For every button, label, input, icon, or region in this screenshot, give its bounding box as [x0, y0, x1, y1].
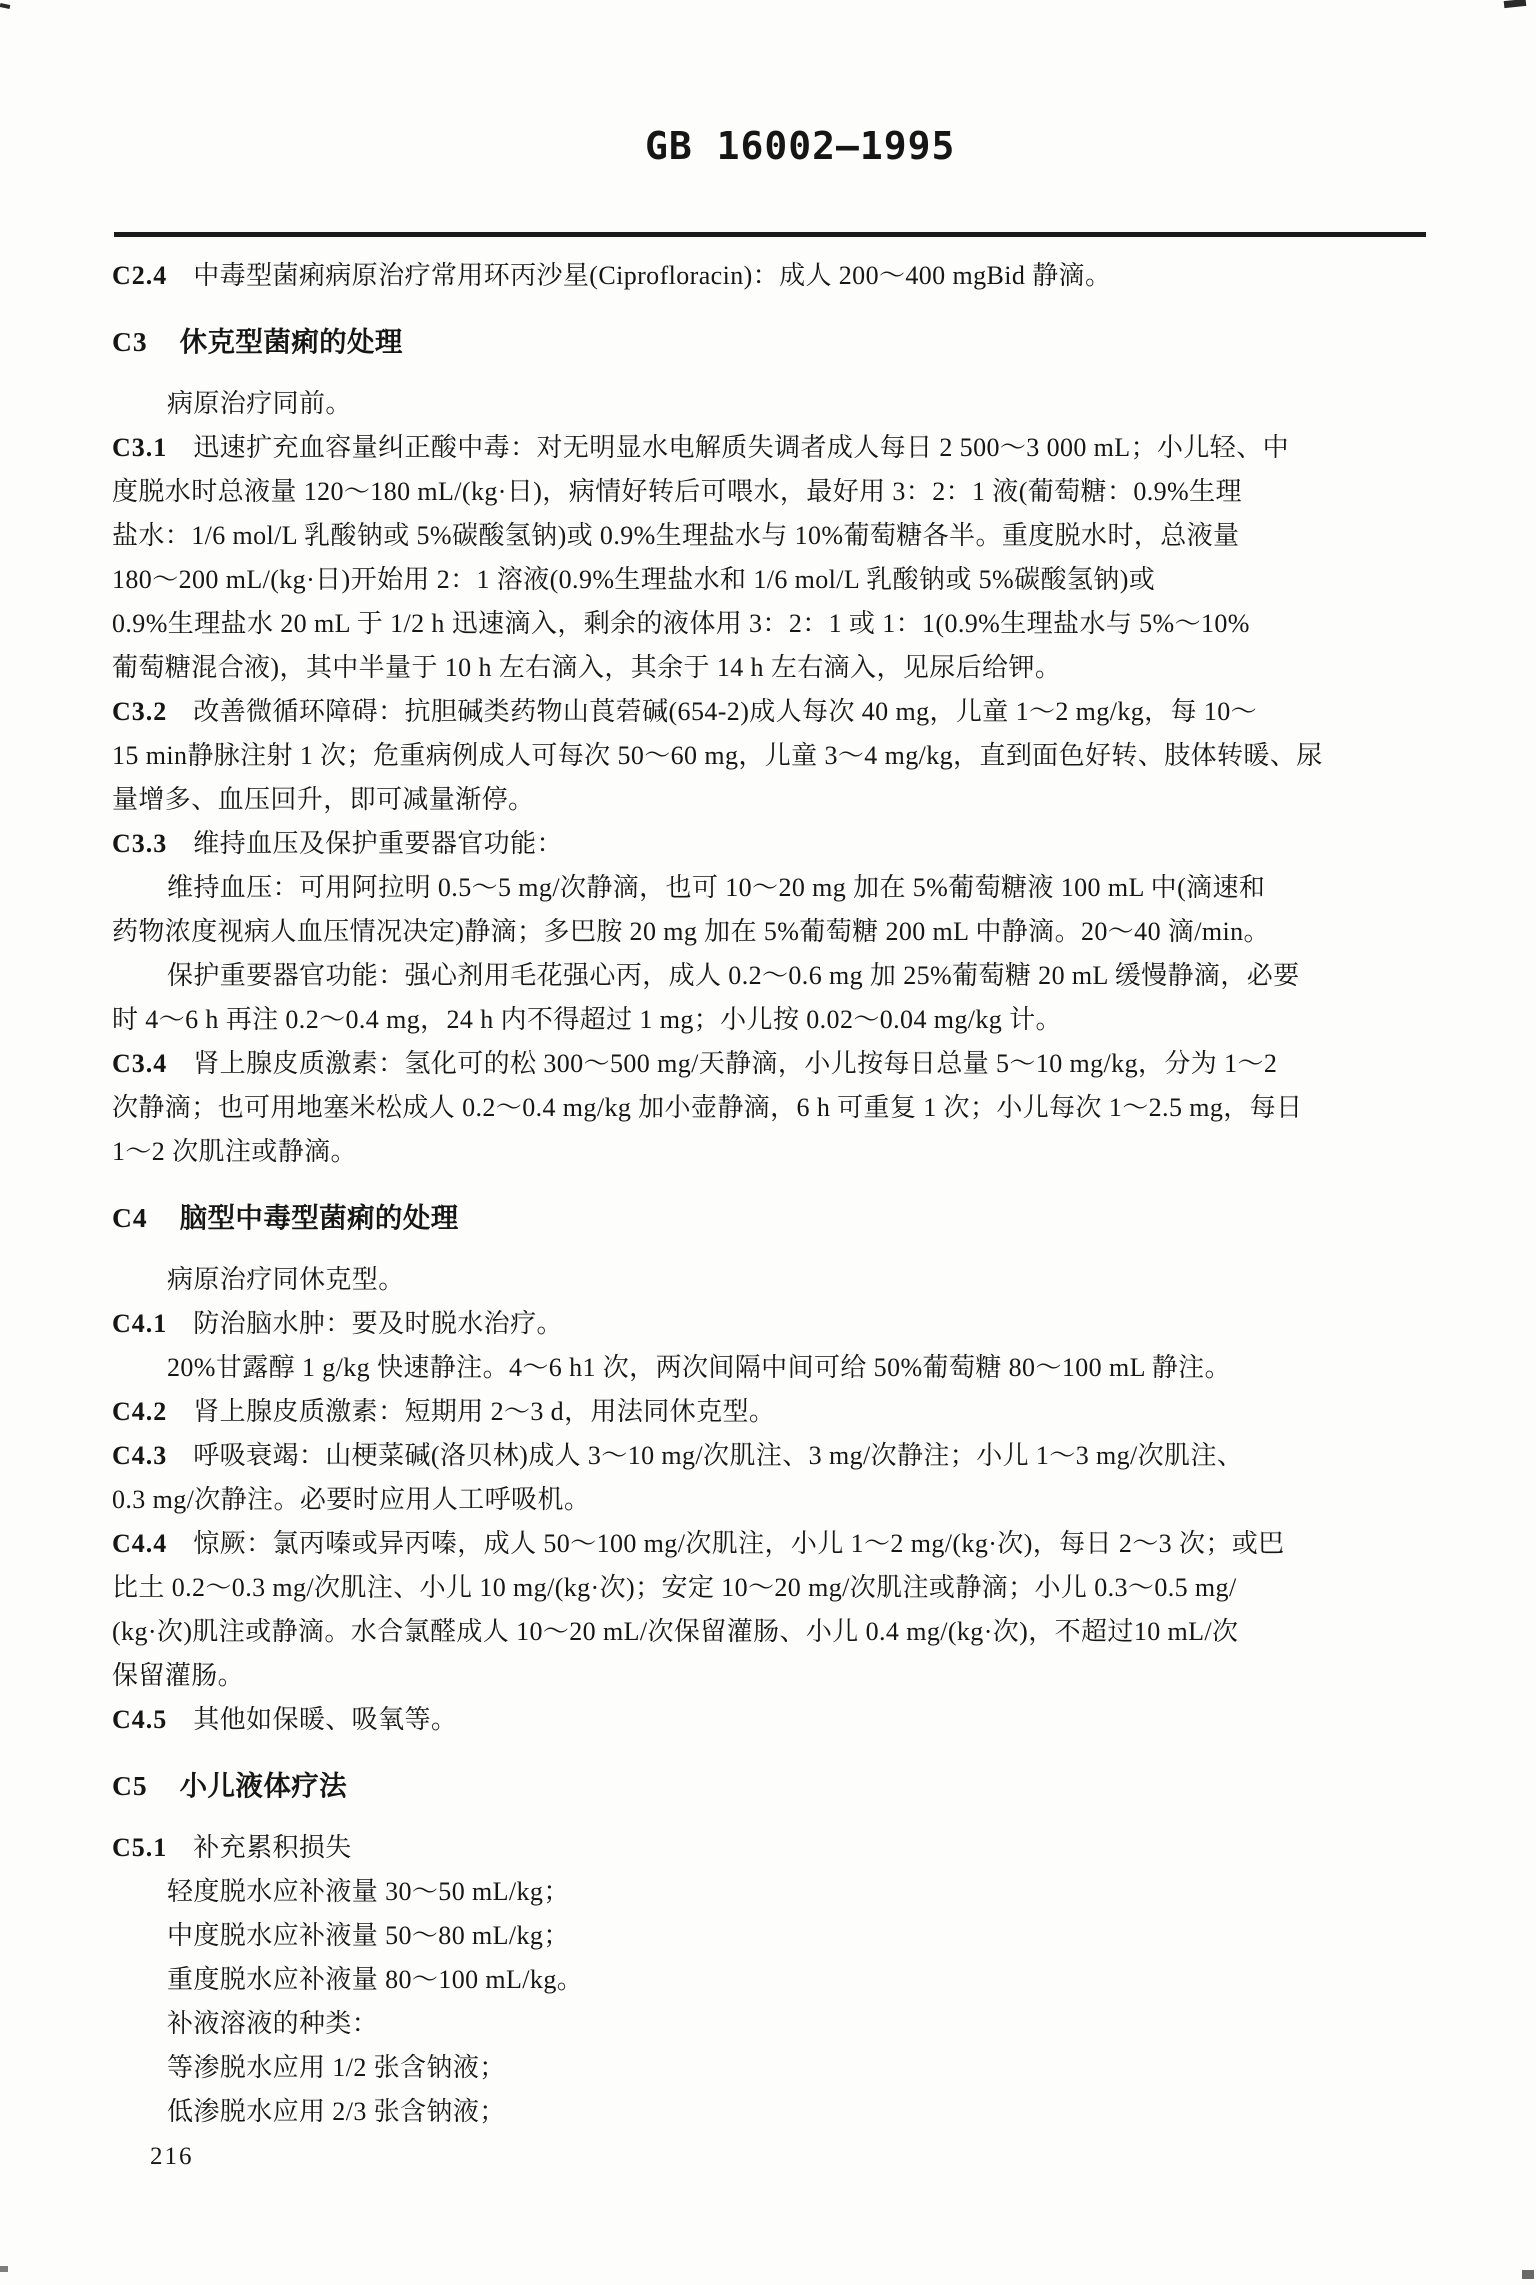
clause-number: C3.3: [112, 822, 167, 866]
line-text: 度脱水时总液量 120～180 mL/(kg·日)，病情好转后可喂水，最好用 3…: [112, 477, 1242, 506]
text-line: C4.5其他如保暖、吸氧等。: [112, 1698, 1442, 1742]
line-text: 轻度脱水应补液量 30～50 mL/kg；: [167, 1877, 570, 1906]
text-line: (kg·次)肌注或静滴。水合氯醛成人 10～20 mL/次保留灌肠、小儿 0.4…: [112, 1610, 1442, 1654]
line-text: 0.9%生理盐水 20 mL 于 1/2 h 迅速滴入，剩余的液体用 3：2：1…: [112, 609, 1250, 638]
line-text: 中毒型菌痢病原治疗常用环丙沙星(Ciprofloracin)：成人 200～40…: [193, 261, 1111, 290]
scan-artifact: [1522, 2270, 1534, 2279]
text-line: 病原治疗同前。: [112, 382, 1442, 426]
line-text: 保护重要器官功能：强心剂用毛花强心丙，成人 0.2～0.6 mg 加 25%葡萄…: [167, 961, 1300, 990]
text-line: 葡萄糖混合液)，其中半量于 10 h 左右滴入，其余于 14 h 左右滴入，见尿…: [112, 646, 1442, 690]
document-body: C2.4中毒型菌痢病原治疗常用环丙沙星(Ciprofloracin)：成人 20…: [112, 254, 1442, 2134]
line-text: 15 min静脉注射 1 次；危重病例成人可每次 50～60 mg，儿童 3～4…: [112, 741, 1323, 770]
scan-artifact: [0, 3, 10, 9]
line-text: 盐水：1/6 mol/L 乳酸钠或 5%碳酸氢钠)或 0.9%生理盐水与 10%…: [112, 521, 1239, 550]
text-line: 药物浓度视病人血压情况决定)静滴；多巴胺 20 mg 加在 5%葡萄糖 200 …: [112, 910, 1442, 954]
line-text: 时 4～6 h 再注 0.2～0.4 mg，24 h 内不得超过 1 mg；小儿…: [112, 1005, 1062, 1034]
clause-number: C4: [112, 1196, 148, 1240]
line-text: 0.3 mg/次静注。必要时应用人工呼吸机。: [112, 1485, 590, 1514]
text-line: 重度脱水应补液量 80～100 mL/kg。: [112, 1958, 1442, 2002]
line-text: 等渗脱水应用 1/2 张含钠液；: [167, 2053, 506, 2082]
line-text: 保留灌肠。: [112, 1661, 244, 1690]
line-text: 维持血压：可用阿拉明 0.5～5 mg/次静滴，也可 10～20 mg 加在 5…: [167, 873, 1265, 902]
text-line: 0.3 mg/次静注。必要时应用人工呼吸机。: [112, 1478, 1442, 1522]
standard-number: GB 16002—1995: [645, 124, 955, 168]
clause-number: C2.4: [112, 254, 167, 298]
line-text: 重度脱水应补液量 80～100 mL/kg。: [167, 1965, 583, 1994]
line-text: 惊厥：氯丙嗪或异丙嗪，成人 50～100 mg/次肌注，小儿 1～2 mg/(k…: [193, 1529, 1284, 1558]
scan-artifact: [0, 2266, 8, 2272]
line-text: 休克型菌痢的处理: [180, 326, 403, 357]
text-line: C3.3维持血压及保护重要器官功能：: [112, 822, 1442, 866]
text-line: 维持血压：可用阿拉明 0.5～5 mg/次静滴，也可 10～20 mg 加在 5…: [112, 866, 1442, 910]
text-line: C3.1迅速扩充血容量纠正酸中毒：对无明显水电解质失调者成人每日 2 500～3…: [112, 426, 1442, 470]
line-text: 20%甘露醇 1 g/kg 快速静注。4～6 h1 次，两次间隔中间可给 50%…: [167, 1353, 1231, 1382]
line-text: 病原治疗同前。: [167, 389, 352, 418]
clause-number: C5: [112, 1764, 148, 1808]
page-number: 216: [150, 2143, 194, 2171]
text-line: 保护重要器官功能：强心剂用毛花强心丙，成人 0.2～0.6 mg 加 25%葡萄…: [112, 954, 1442, 998]
text-line: 量增多、血压回升，即可减量渐停。: [112, 778, 1442, 822]
text-line: 病原治疗同休克型。: [112, 1258, 1442, 1302]
line-text: 次静滴；也可用地塞米松成人 0.2～0.4 mg/kg 加小壶静滴，6 h 可重…: [112, 1093, 1302, 1122]
line-text: 中度脱水应补液量 50～80 mL/kg；: [167, 1921, 570, 1950]
section-heading: C3休克型菌痢的处理: [112, 320, 1442, 364]
text-line: 低渗脱水应用 2/3 张含钠液；: [112, 2090, 1442, 2134]
line-text: 葡萄糖混合液)，其中半量于 10 h 左右滴入，其余于 14 h 左右滴入，见尿…: [112, 653, 1061, 682]
text-line: 度脱水时总液量 120～180 mL/(kg·日)，病情好转后可喂水，最好用 3…: [112, 470, 1442, 514]
line-text: 呼吸衰竭：山梗菜碱(洛贝林)成人 3～10 mg/次肌注、3 mg/次静注；小儿…: [193, 1441, 1243, 1470]
line-text: 比土 0.2～0.3 mg/次肌注、小儿 10 mg/(kg·次)；安定 10～…: [112, 1573, 1237, 1602]
text-line: 时 4～6 h 再注 0.2～0.4 mg，24 h 内不得超过 1 mg；小儿…: [112, 998, 1442, 1042]
line-text: 小儿液体疗法: [180, 1770, 347, 1801]
clause-number: C4.5: [112, 1698, 167, 1742]
text-line: C3.4肾上腺皮质激素：氢化可的松 300～500 mg/天静滴，小儿按每日总量…: [112, 1042, 1442, 1086]
text-line: 盐水：1/6 mol/L 乳酸钠或 5%碳酸氢钠)或 0.9%生理盐水与 10%…: [112, 514, 1442, 558]
line-text: (kg·次)肌注或静滴。水合氯醛成人 10～20 mL/次保留灌肠、小儿 0.4…: [112, 1617, 1238, 1646]
clause-number: C3.1: [112, 426, 167, 470]
clause-number: C3.4: [112, 1042, 167, 1086]
line-text: 防治脑水肿：要及时脱水治疗。: [193, 1309, 563, 1338]
document-page: GB 16002—1995 C2.4中毒型菌痢病原治疗常用环丙沙星(Ciprof…: [0, 0, 1536, 2285]
text-line: 次静滴；也可用地塞米松成人 0.2～0.4 mg/kg 加小壶静滴，6 h 可重…: [112, 1086, 1442, 1130]
text-line: 0.9%生理盐水 20 mL 于 1/2 h 迅速滴入，剩余的液体用 3：2：1…: [112, 602, 1442, 646]
line-text: 肾上腺皮质激素：氢化可的松 300～500 mg/天静滴，小儿按每日总量 5～1…: [193, 1049, 1277, 1078]
text-line: C4.4惊厥：氯丙嗪或异丙嗪，成人 50～100 mg/次肌注，小儿 1～2 m…: [112, 1522, 1442, 1566]
text-line: C4.3呼吸衰竭：山梗菜碱(洛贝林)成人 3～10 mg/次肌注、3 mg/次静…: [112, 1434, 1442, 1478]
text-line: 中度脱水应补液量 50～80 mL/kg；: [112, 1914, 1442, 1958]
line-text: 迅速扩充血容量纠正酸中毒：对无明显水电解质失调者成人每日 2 500～3 000…: [193, 433, 1289, 462]
line-text: 肾上腺皮质激素：短期用 2～3 d，用法同休克型。: [193, 1397, 775, 1426]
text-line: 等渗脱水应用 1/2 张含钠液；: [112, 2046, 1442, 2090]
line-text: 量增多、血压回升，即可减量渐停。: [112, 785, 534, 814]
line-text: 1～2 次肌注或静滴。: [112, 1137, 357, 1166]
clause-number: C3: [112, 320, 148, 364]
line-text: 病原治疗同休克型。: [167, 1265, 405, 1294]
line-text: 其他如保暖、吸氧等。: [193, 1705, 457, 1734]
line-text: 药物浓度视病人血压情况决定)静滴；多巴胺 20 mg 加在 5%葡萄糖 200 …: [112, 917, 1270, 946]
text-line: C3.2改善微循环障碍：抗胆碱类药物山莨菪碱(654-2)成人每次 40 mg，…: [112, 690, 1442, 734]
line-text: 维持血压及保护重要器官功能：: [193, 829, 563, 858]
clause-number: C4.1: [112, 1302, 167, 1346]
line-text: 补充累积损失: [193, 1833, 351, 1862]
text-line: 轻度脱水应补液量 30～50 mL/kg；: [112, 1870, 1442, 1914]
text-line: 1～2 次肌注或静滴。: [112, 1130, 1442, 1174]
line-text: 180～200 mL/(kg·日)开始用 2：1 溶液(0.9%生理盐水和 1/…: [112, 565, 1155, 594]
line-text: 低渗脱水应用 2/3 张含钠液；: [167, 2097, 506, 2126]
text-line: 比土 0.2～0.3 mg/次肌注、小儿 10 mg/(kg·次)；安定 10～…: [112, 1566, 1442, 1610]
header-rule: [114, 232, 1426, 237]
text-line: C4.2肾上腺皮质激素：短期用 2～3 d，用法同休克型。: [112, 1390, 1442, 1434]
text-line: C5.1补充累积损失: [112, 1826, 1442, 1870]
text-line: C2.4中毒型菌痢病原治疗常用环丙沙星(Ciprofloracin)：成人 20…: [112, 254, 1442, 298]
scan-artifact: [1504, 0, 1527, 8]
section-heading: C4脑型中毒型菌痢的处理: [112, 1196, 1442, 1240]
text-line: C4.1防治脑水肿：要及时脱水治疗。: [112, 1302, 1442, 1346]
clause-number: C4.4: [112, 1522, 167, 1566]
line-text: 脑型中毒型菌痢的处理: [180, 1202, 459, 1233]
text-line: 20%甘露醇 1 g/kg 快速静注。4～6 h1 次，两次间隔中间可给 50%…: [112, 1346, 1442, 1390]
clause-number: C5.1: [112, 1826, 167, 1870]
text-line: 180～200 mL/(kg·日)开始用 2：1 溶液(0.9%生理盐水和 1/…: [112, 558, 1442, 602]
clause-number: C4.3: [112, 1434, 167, 1478]
line-text: 改善微循环障碍：抗胆碱类药物山莨菪碱(654-2)成人每次 40 mg，儿童 1…: [193, 697, 1257, 726]
clause-number: C3.2: [112, 690, 167, 734]
section-heading: C5小儿液体疗法: [112, 1764, 1442, 1808]
line-text: 补液溶液的种类：: [167, 2009, 378, 2038]
text-line: 保留灌肠。: [112, 1654, 1442, 1698]
clause-number: C4.2: [112, 1390, 167, 1434]
text-line: 15 min静脉注射 1 次；危重病例成人可每次 50～60 mg，儿童 3～4…: [112, 734, 1442, 778]
text-line: 补液溶液的种类：: [112, 2002, 1442, 2046]
